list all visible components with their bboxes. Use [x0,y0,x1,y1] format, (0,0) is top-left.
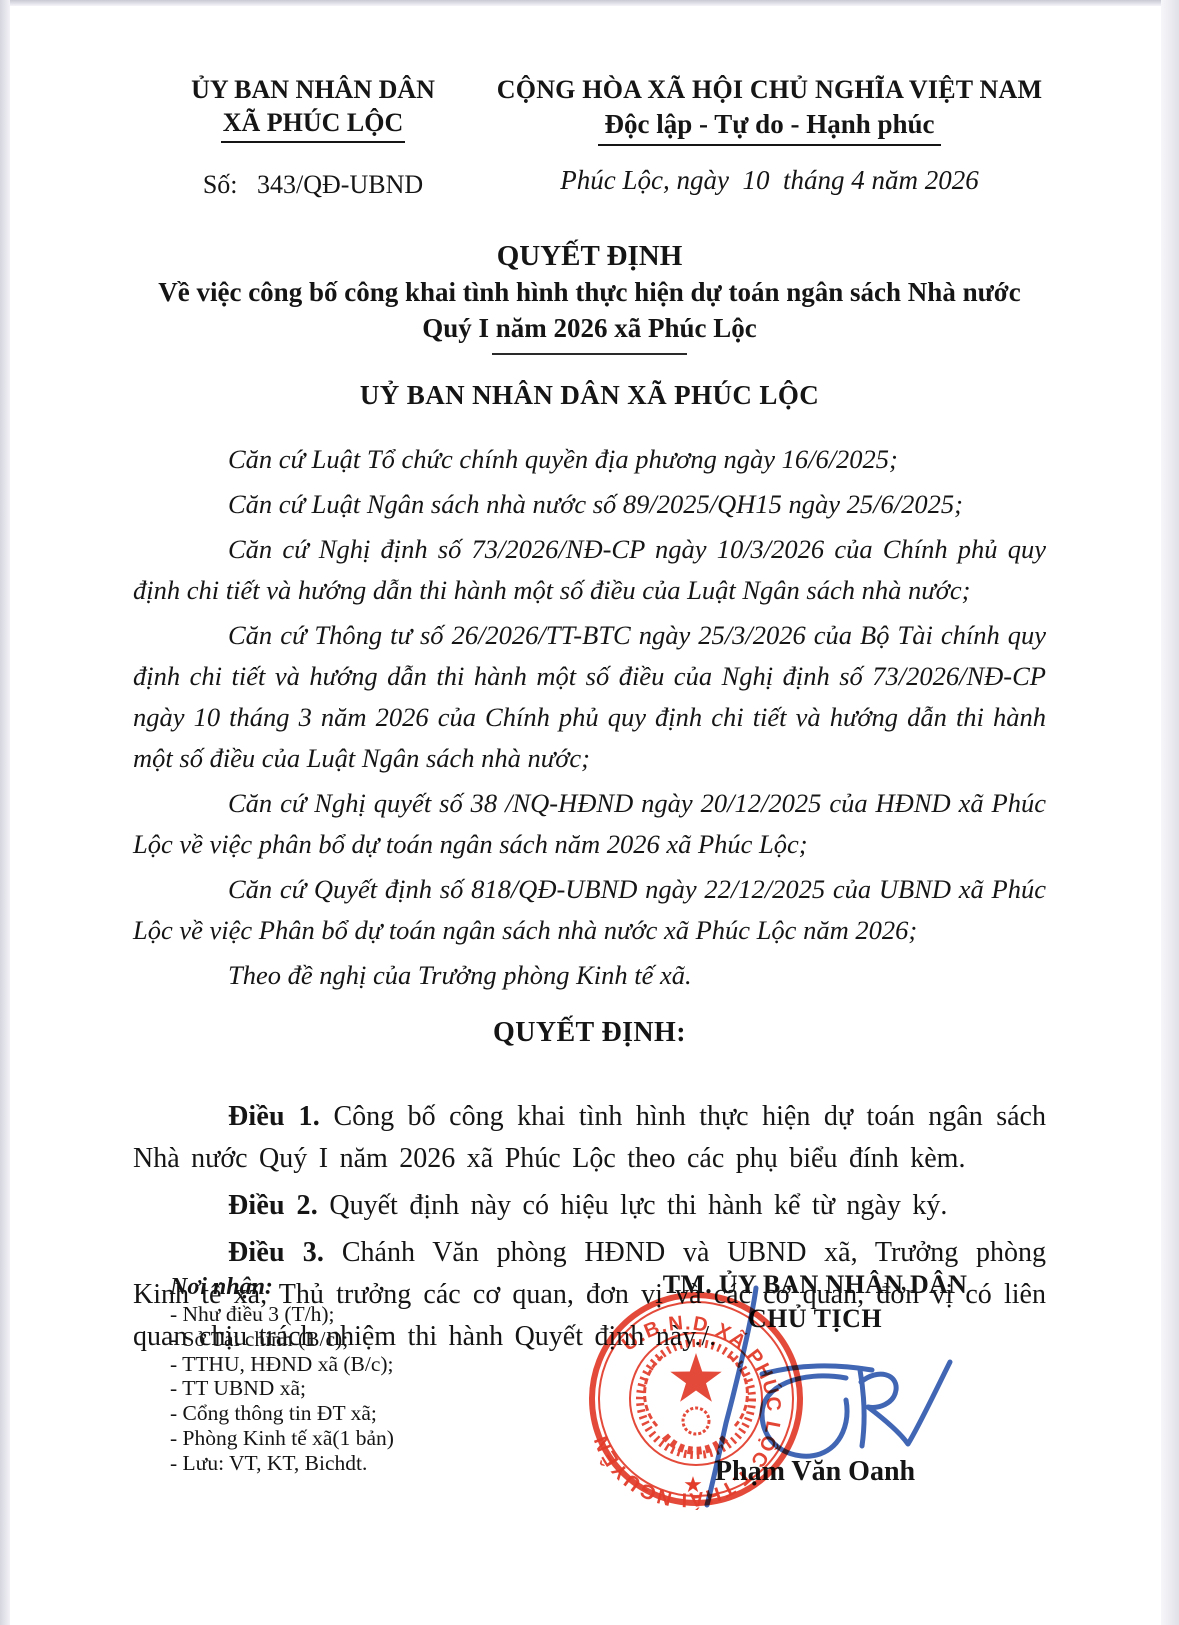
article-paragraph: Điều 2. Quyết định này có hiệu lực thi h… [133,1185,1046,1227]
grounds-section: Căn cứ Luật Tổ chức chính quyền địa phươ… [133,439,1046,996]
ground-paragraph: Căn cứ Nghị quyết số 38 /NQ-HĐND ngày 20… [133,783,1046,865]
country-name: CỘNG HÒA XÃ HỘI CHỦ NGHĨA VIỆT NAM [493,74,1046,106]
recipients-heading: Nơi nhận: [170,1272,500,1302]
article-label: Điều 3. [228,1237,324,1268]
doc-number: Số: 343/QĐ-UBND [133,169,493,201]
recipients-block: Nơi nhận: - Như điều 3 (T/h); - Sở Tài c… [170,1272,500,1476]
article-label: Điều 1. [228,1101,320,1132]
handwritten-signature [650,1258,970,1518]
document-page: ỦY BAN NHÂN DÂN XÃ PHÚC LỘC Số: 343/QĐ-U… [0,0,1179,1625]
ground-paragraph: Theo đề nghị của Trưởng phòng Kinh tế xã… [133,955,1046,996]
ground-paragraph: Căn cứ Thông tư số 26/2026/TT-BTC ngày 2… [133,615,1046,779]
ground-paragraph: Căn cứ Luật Tổ chức chính quyền địa phươ… [133,439,1046,480]
recipient-item: - Phòng Kinh tế xã(1 bản) [170,1426,500,1451]
article-text: Quyết định này có hiệu lực thi hành kể t… [318,1190,947,1221]
decision-heading: QUYẾT ĐỊNH: [133,1016,1046,1050]
recipient-item: - Như điều 3 (T/h); [170,1302,500,1327]
recipient-item: - TTHU, HĐND xã (B/c); [170,1352,500,1377]
ground-paragraph: Căn cứ Luật Ngân sách nhà nước số 89/202… [133,484,1046,525]
place-date: Phúc Lộc, ngày 10 tháng 4 năm 2026 [493,164,1046,196]
ground-paragraph: Căn cứ Quyết định số 818/QĐ-UBND ngày 22… [133,869,1046,951]
signature-ink-strokes [707,1288,950,1505]
article-label: Điều 2. [228,1190,318,1221]
recipient-item: - Sở Tài chính (B/c); [170,1327,500,1352]
doc-type-title: QUYẾT ĐỊNH [133,239,1046,273]
recipient-item: - Cổng thông tin ĐT xã; [170,1401,500,1426]
subject-underline [492,353,687,355]
signature-loop-stroke [762,1376,847,1456]
document-content: ỦY BAN NHÂN DÂN XÃ PHÚC LỘC Số: 343/QĐ-U… [0,0,1179,1363]
title-block: QUYẾT ĐỊNH Về việc công bố công khai tìn… [133,239,1046,355]
article-paragraph: Điều 1. Công bố công khai tình hình thực… [133,1096,1046,1180]
signature-top-stroke [762,1366,872,1374]
doc-subject-line2: Quý I năm 2026 xã Phúc Lộc [133,311,1046,345]
national-motto: Độc lập - Tự do - Hạnh phúc [598,108,940,146]
org-parent-name: ỦY BAN NHÂN DÂN [133,74,493,106]
national-header-block: CỘNG HÒA XÃ HỘI CHỦ NGHĨA VIỆT NAM Độc l… [493,74,1046,201]
ground-paragraph: Căn cứ Nghị định số 73/2026/NĐ-CP ngày 1… [133,529,1046,611]
signature-flourish-stroke [861,1362,950,1444]
issuer-heading: UỶ BAN NHÂN DÂN XÃ PHÚC LỘC [133,377,1046,413]
doc-subject-line1: Về việc công bố công khai tình hình thực… [133,275,1046,309]
recipient-item: - TT UBND xã; [170,1376,500,1401]
recipient-item: - Lưu: VT, KT, Bichdt. [170,1451,500,1476]
org-name: XÃ PHÚC LỘC [221,108,406,143]
issuing-org-block: ỦY BAN NHÂN DÂN XÃ PHÚC LỘC Số: 343/QĐ-U… [133,74,493,201]
document-header: ỦY BAN NHÂN DÂN XÃ PHÚC LỘC Số: 343/QĐ-U… [133,74,1046,201]
signature-descender-stroke [707,1288,756,1505]
